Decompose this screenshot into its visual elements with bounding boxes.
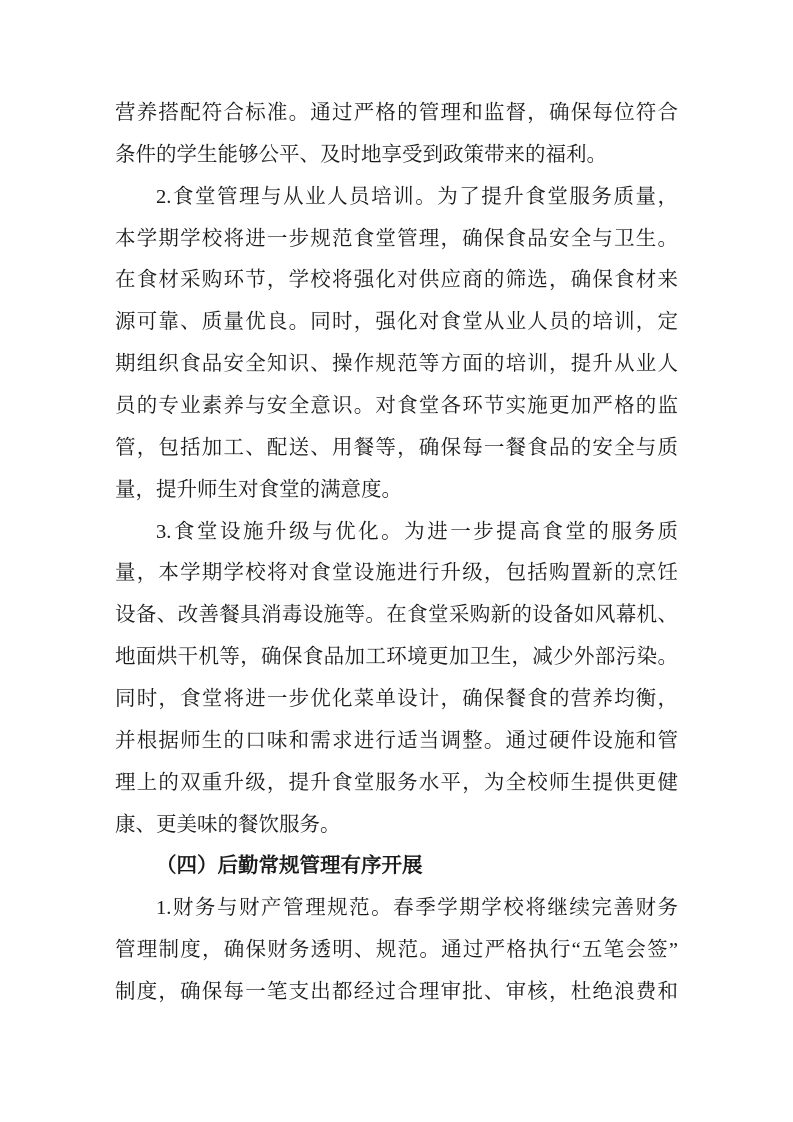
text-line: 营养搭配符合标准。通过严格的管理和监督，确保每位符合 bbox=[115, 93, 678, 135]
text-line: 3.食堂设施升级与优化。为进一步提高食堂的服务质 bbox=[115, 512, 678, 554]
text-line: 同时，食堂将进一步优化菜单设计，确保餐食的营养均衡， bbox=[115, 679, 678, 721]
text-line: 本学期学校将进一步规范食堂管理，确保食品安全与卫生。 bbox=[115, 219, 678, 261]
section-heading: （四）后勤常规管理有序开展 bbox=[115, 846, 678, 888]
text-line: 并根据师生的口味和需求进行适当调整。通过硬件设施和管 bbox=[115, 721, 678, 763]
text-line: 管理制度，确保财务透明、规范。通过严格执行“五笔会签” bbox=[115, 930, 678, 972]
page-content: 营养搭配符合标准。通过严格的管理和监督，确保每位符合 条件的学生能够公平、及时地… bbox=[115, 93, 678, 1014]
text-line: 2.食堂管理与从业人员培训。为了提升食堂服务质量， bbox=[115, 177, 678, 219]
text-line: 理上的双重升级，提升食堂服务水平，为全校师生提供更健 bbox=[115, 763, 678, 805]
text-line: 条件的学生能够公平、及时地享受到政策带来的福利。 bbox=[115, 135, 678, 177]
text-line: 源可靠、质量优良。同时，强化对食堂从业人员的培训，定 bbox=[115, 302, 678, 344]
text-line: 制度，确保每一笔支出都经过合理审批、审核，杜绝浪费和 bbox=[115, 972, 678, 1014]
document-page: 营养搭配符合标准。通过严格的管理和监督，确保每位符合 条件的学生能够公平、及时地… bbox=[0, 0, 793, 1122]
text-line: 量，提升师生对食堂的满意度。 bbox=[115, 470, 678, 512]
text-line: 1.财务与财产管理规范。春季学期学校将继续完善财务 bbox=[115, 888, 678, 930]
text-line: 设备、改善餐具消毒设施等。在食堂采购新的设备如风幕机、 bbox=[115, 595, 678, 637]
text-line: 康、更美味的餐饮服务。 bbox=[115, 805, 678, 847]
text-line: 员的专业素养与安全意识。对食堂各环节实施更加严格的监 bbox=[115, 386, 678, 428]
text-line: 地面烘干机等，确保食品加工环境更加卫生，减少外部污染。 bbox=[115, 637, 678, 679]
text-line: 在食材采购环节，学校将强化对供应商的筛选，确保食材来 bbox=[115, 260, 678, 302]
text-line: 量，本学期学校将对食堂设施进行升级，包括购置新的烹饪 bbox=[115, 553, 678, 595]
text-line: 期组织食品安全知识、操作规范等方面的培训，提升从业人 bbox=[115, 344, 678, 386]
text-line: 管，包括加工、配送、用餐等，确保每一餐食品的安全与质 bbox=[115, 428, 678, 470]
